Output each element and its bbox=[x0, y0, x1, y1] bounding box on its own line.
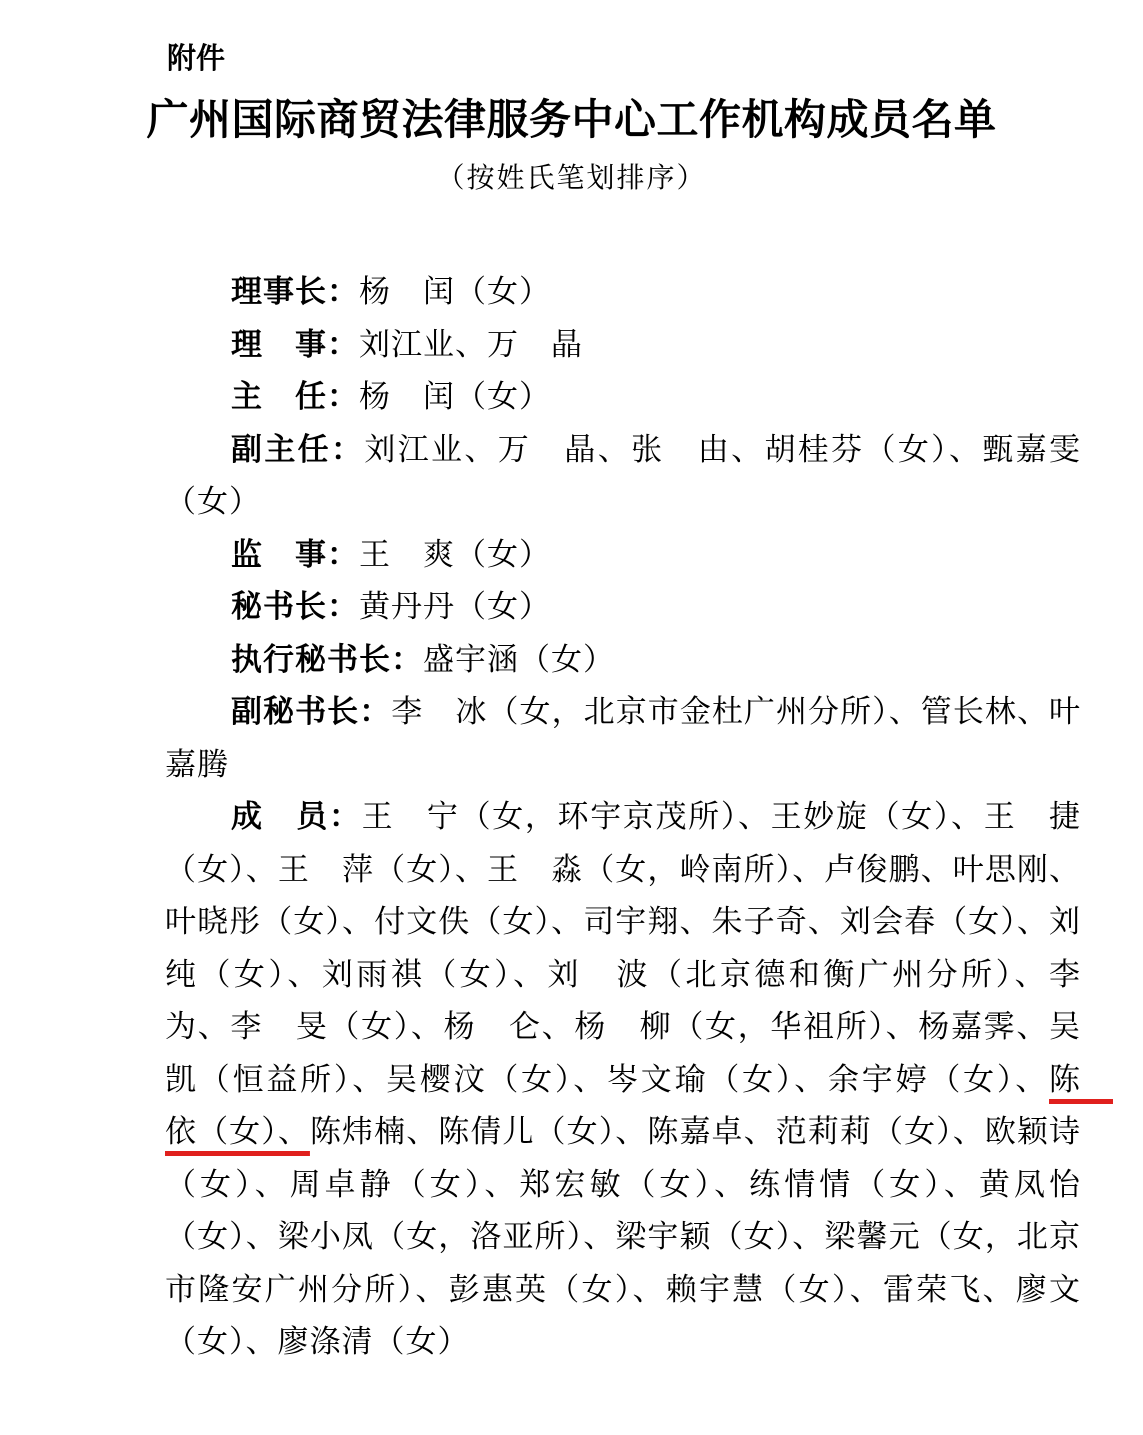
entry-directors: 理 事：刘江业、万 晶 bbox=[165, 319, 1081, 372]
member-names: 黄丹丹（女） bbox=[359, 589, 551, 624]
entry-chairman: 理事长：杨 闰（女） bbox=[165, 266, 1081, 319]
member-names: 杨 闰（女） bbox=[359, 274, 551, 309]
role-label: 秘书长： bbox=[231, 589, 359, 624]
member-names: 陈炜楠、陈倩儿（女）、陈嘉卓、范莉莉（女）、欧颖诗（女）、周卓静（女）、郑宏敏（… bbox=[165, 1114, 1081, 1359]
entry-deputy-chiefs: 副主任：刘江业、万 晶、张 由、胡桂芬（女）、甄嘉雯（女） bbox=[165, 424, 1081, 529]
entry-secretary-general: 秘书长：黄丹丹（女） bbox=[165, 581, 1081, 634]
role-label: 执行秘书长： bbox=[231, 642, 423, 677]
sort-note: （按姓氏笔划排序） bbox=[0, 160, 1143, 198]
member-names: 王 宁（女，环宇京茂所）、王妙旋（女）、王 捷（女）、王 萍（女）、王 淼（女，… bbox=[165, 799, 1113, 1097]
role-label: 理事长： bbox=[231, 274, 359, 309]
document-title: 广州国际商贸法律服务中心工作机构成员名单 bbox=[0, 94, 1143, 148]
attachment-label: 附件 bbox=[167, 40, 1083, 78]
roster: 理事长：杨 闰（女） 理 事：刘江业、万 晶 主 任：杨 闰（女） 副主任：刘江… bbox=[165, 266, 1081, 1369]
document-page: 附件 广州国际商贸法律服务中心工作机构成员名单 （按姓氏笔划排序） 理事长：杨 … bbox=[0, 0, 1143, 1435]
role-label: 主 任： bbox=[231, 379, 359, 414]
entry-executive-secretary-general: 执行秘书长：盛宇涵（女） bbox=[165, 634, 1081, 687]
role-label: 理 事： bbox=[231, 327, 359, 362]
entry-supervisor: 监 事：王 爽（女） bbox=[165, 529, 1081, 582]
member-names: 盛宇涵（女） bbox=[423, 642, 615, 677]
member-names: 王 爽（女） bbox=[359, 537, 551, 572]
entry-chief: 主 任：杨 闰（女） bbox=[165, 371, 1081, 424]
role-label: 监 事： bbox=[231, 537, 359, 572]
role-label: 副秘书长： bbox=[231, 694, 391, 729]
entry-deputy-secretaries-general: 副秘书长：李 冰（女，北京市金杜广州分所）、管长林、叶嘉腾 bbox=[165, 686, 1081, 791]
role-label: 副主任： bbox=[231, 432, 364, 467]
member-names: 刘江业、万 晶 bbox=[359, 327, 583, 362]
entry-members: 成 员：王 宁（女，环宇京茂所）、王妙旋（女）、王 捷（女）、王 萍（女）、王 … bbox=[165, 791, 1081, 1369]
member-names: 杨 闰（女） bbox=[359, 379, 551, 414]
role-label: 成 员： bbox=[231, 799, 362, 834]
